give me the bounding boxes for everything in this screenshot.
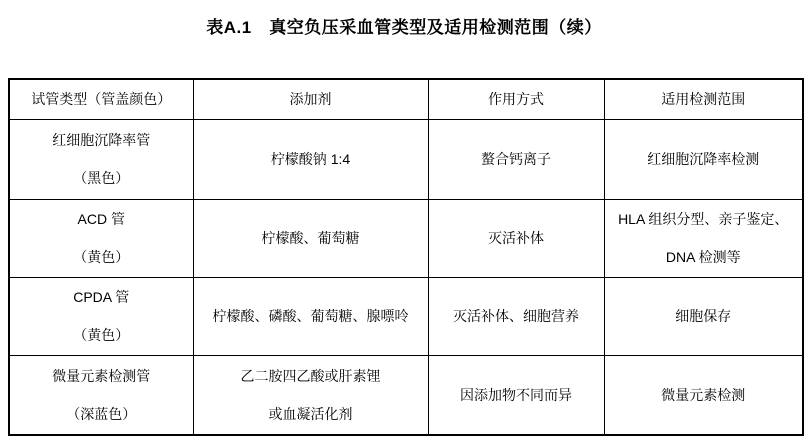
cell-line: 柠檬酸钠 1:4 [194, 140, 428, 178]
cell-line: （深蓝色） [10, 395, 193, 433]
cell-application: 红细胞沉降率检测 [604, 119, 803, 199]
cell-tube-type: CPDA 管 （黄色） [9, 277, 193, 355]
cell-tube-type: ACD 管 （黄色） [9, 199, 193, 277]
cell-line: （黑色） [10, 159, 193, 197]
cell-application: 细胞保存 [604, 277, 803, 355]
header-label: 作用方式 [429, 80, 604, 118]
cell-tube-type: 红细胞沉降率管 （黑色） [9, 119, 193, 199]
column-header-additive: 添加剂 [193, 79, 428, 119]
cell-additive: 柠檬酸钠 1:4 [193, 119, 428, 199]
cell-line: 乙二胺四乙酸或肝素锂 [194, 357, 428, 395]
cell-line: 或血凝活化剂 [194, 395, 428, 433]
header-label: 试管类型（管盖颜色） [10, 80, 193, 118]
table-row: 微量元素检测管 （深蓝色） 乙二胺四乙酸或肝素锂 或血凝活化剂 因添加物不同而异… [9, 355, 803, 435]
cell-line: CPDA 管 [10, 278, 193, 316]
header-label: 适用检测范围 [605, 80, 803, 118]
header-label: 添加剂 [194, 80, 428, 118]
cell-mechanism: 因添加物不同而异 [428, 355, 604, 435]
cell-mechanism: 灭活补体、细胞营养 [428, 277, 604, 355]
cell-line: 红细胞沉降率管 [10, 121, 193, 159]
cell-application: HLA 组织分型、亲子鉴定、 DNA 检测等 [604, 199, 803, 277]
cell-mechanism: 螯合钙离子 [428, 119, 604, 199]
cell-application: 微量元素检测 [604, 355, 803, 435]
document-page: { "title": "表A.1 真空负压采血管类型及适用检测范围（续）", "… [0, 0, 808, 442]
table-row: CPDA 管 （黄色） 柠檬酸、磷酸、葡萄糖、腺嘌呤 灭活补体、细胞营养 细胞保… [9, 277, 803, 355]
cell-line: （黄色） [10, 316, 193, 354]
cell-line: 微量元素检测管 [10, 357, 193, 395]
column-header-application: 适用检测范围 [604, 79, 803, 119]
table-header-row: 试管类型（管盖颜色） 添加剂 作用方式 适用检测范围 [9, 79, 803, 119]
cell-line: 柠檬酸、磷酸、葡萄糖、腺嘌呤 [194, 297, 428, 335]
table-title: 表A.1 真空负压采血管类型及适用检测范围（续） [0, 13, 808, 38]
cell-tube-type: 微量元素检测管 （深蓝色） [9, 355, 193, 435]
cell-line: ACD 管 [10, 200, 193, 238]
cell-line: DNA 检测等 [605, 238, 803, 276]
cell-line: 灭活补体 [429, 219, 604, 257]
column-header-mechanism: 作用方式 [428, 79, 604, 119]
cell-additive: 乙二胺四乙酸或肝素锂 或血凝活化剂 [193, 355, 428, 435]
cell-line: HLA 组织分型、亲子鉴定、 [605, 200, 803, 238]
cell-additive: 柠檬酸、磷酸、葡萄糖、腺嘌呤 [193, 277, 428, 355]
blood-tube-table: 试管类型（管盖颜色） 添加剂 作用方式 适用检测范围 红细胞沉降率管 （黑色） … [8, 78, 804, 436]
column-header-tube-type: 试管类型（管盖颜色） [9, 79, 193, 119]
cell-mechanism: 灭活补体 [428, 199, 604, 277]
cell-additive: 柠檬酸、葡萄糖 [193, 199, 428, 277]
cell-line: 红细胞沉降率检测 [605, 140, 803, 178]
cell-line: 微量元素检测 [605, 376, 803, 414]
table-row: 红细胞沉降率管 （黑色） 柠檬酸钠 1:4 螯合钙离子 红细胞沉降率检测 [9, 119, 803, 199]
table-row: ACD 管 （黄色） 柠檬酸、葡萄糖 灭活补体 HLA 组织分型、亲子鉴定、 D… [9, 199, 803, 277]
cell-line: 灭活补体、细胞营养 [429, 297, 604, 335]
cell-line: 柠檬酸、葡萄糖 [194, 219, 428, 257]
cell-line: 细胞保存 [605, 297, 803, 335]
cell-line: 螯合钙离子 [429, 140, 604, 178]
cell-line: 因添加物不同而异 [429, 376, 604, 414]
cell-line: （黄色） [10, 238, 193, 276]
